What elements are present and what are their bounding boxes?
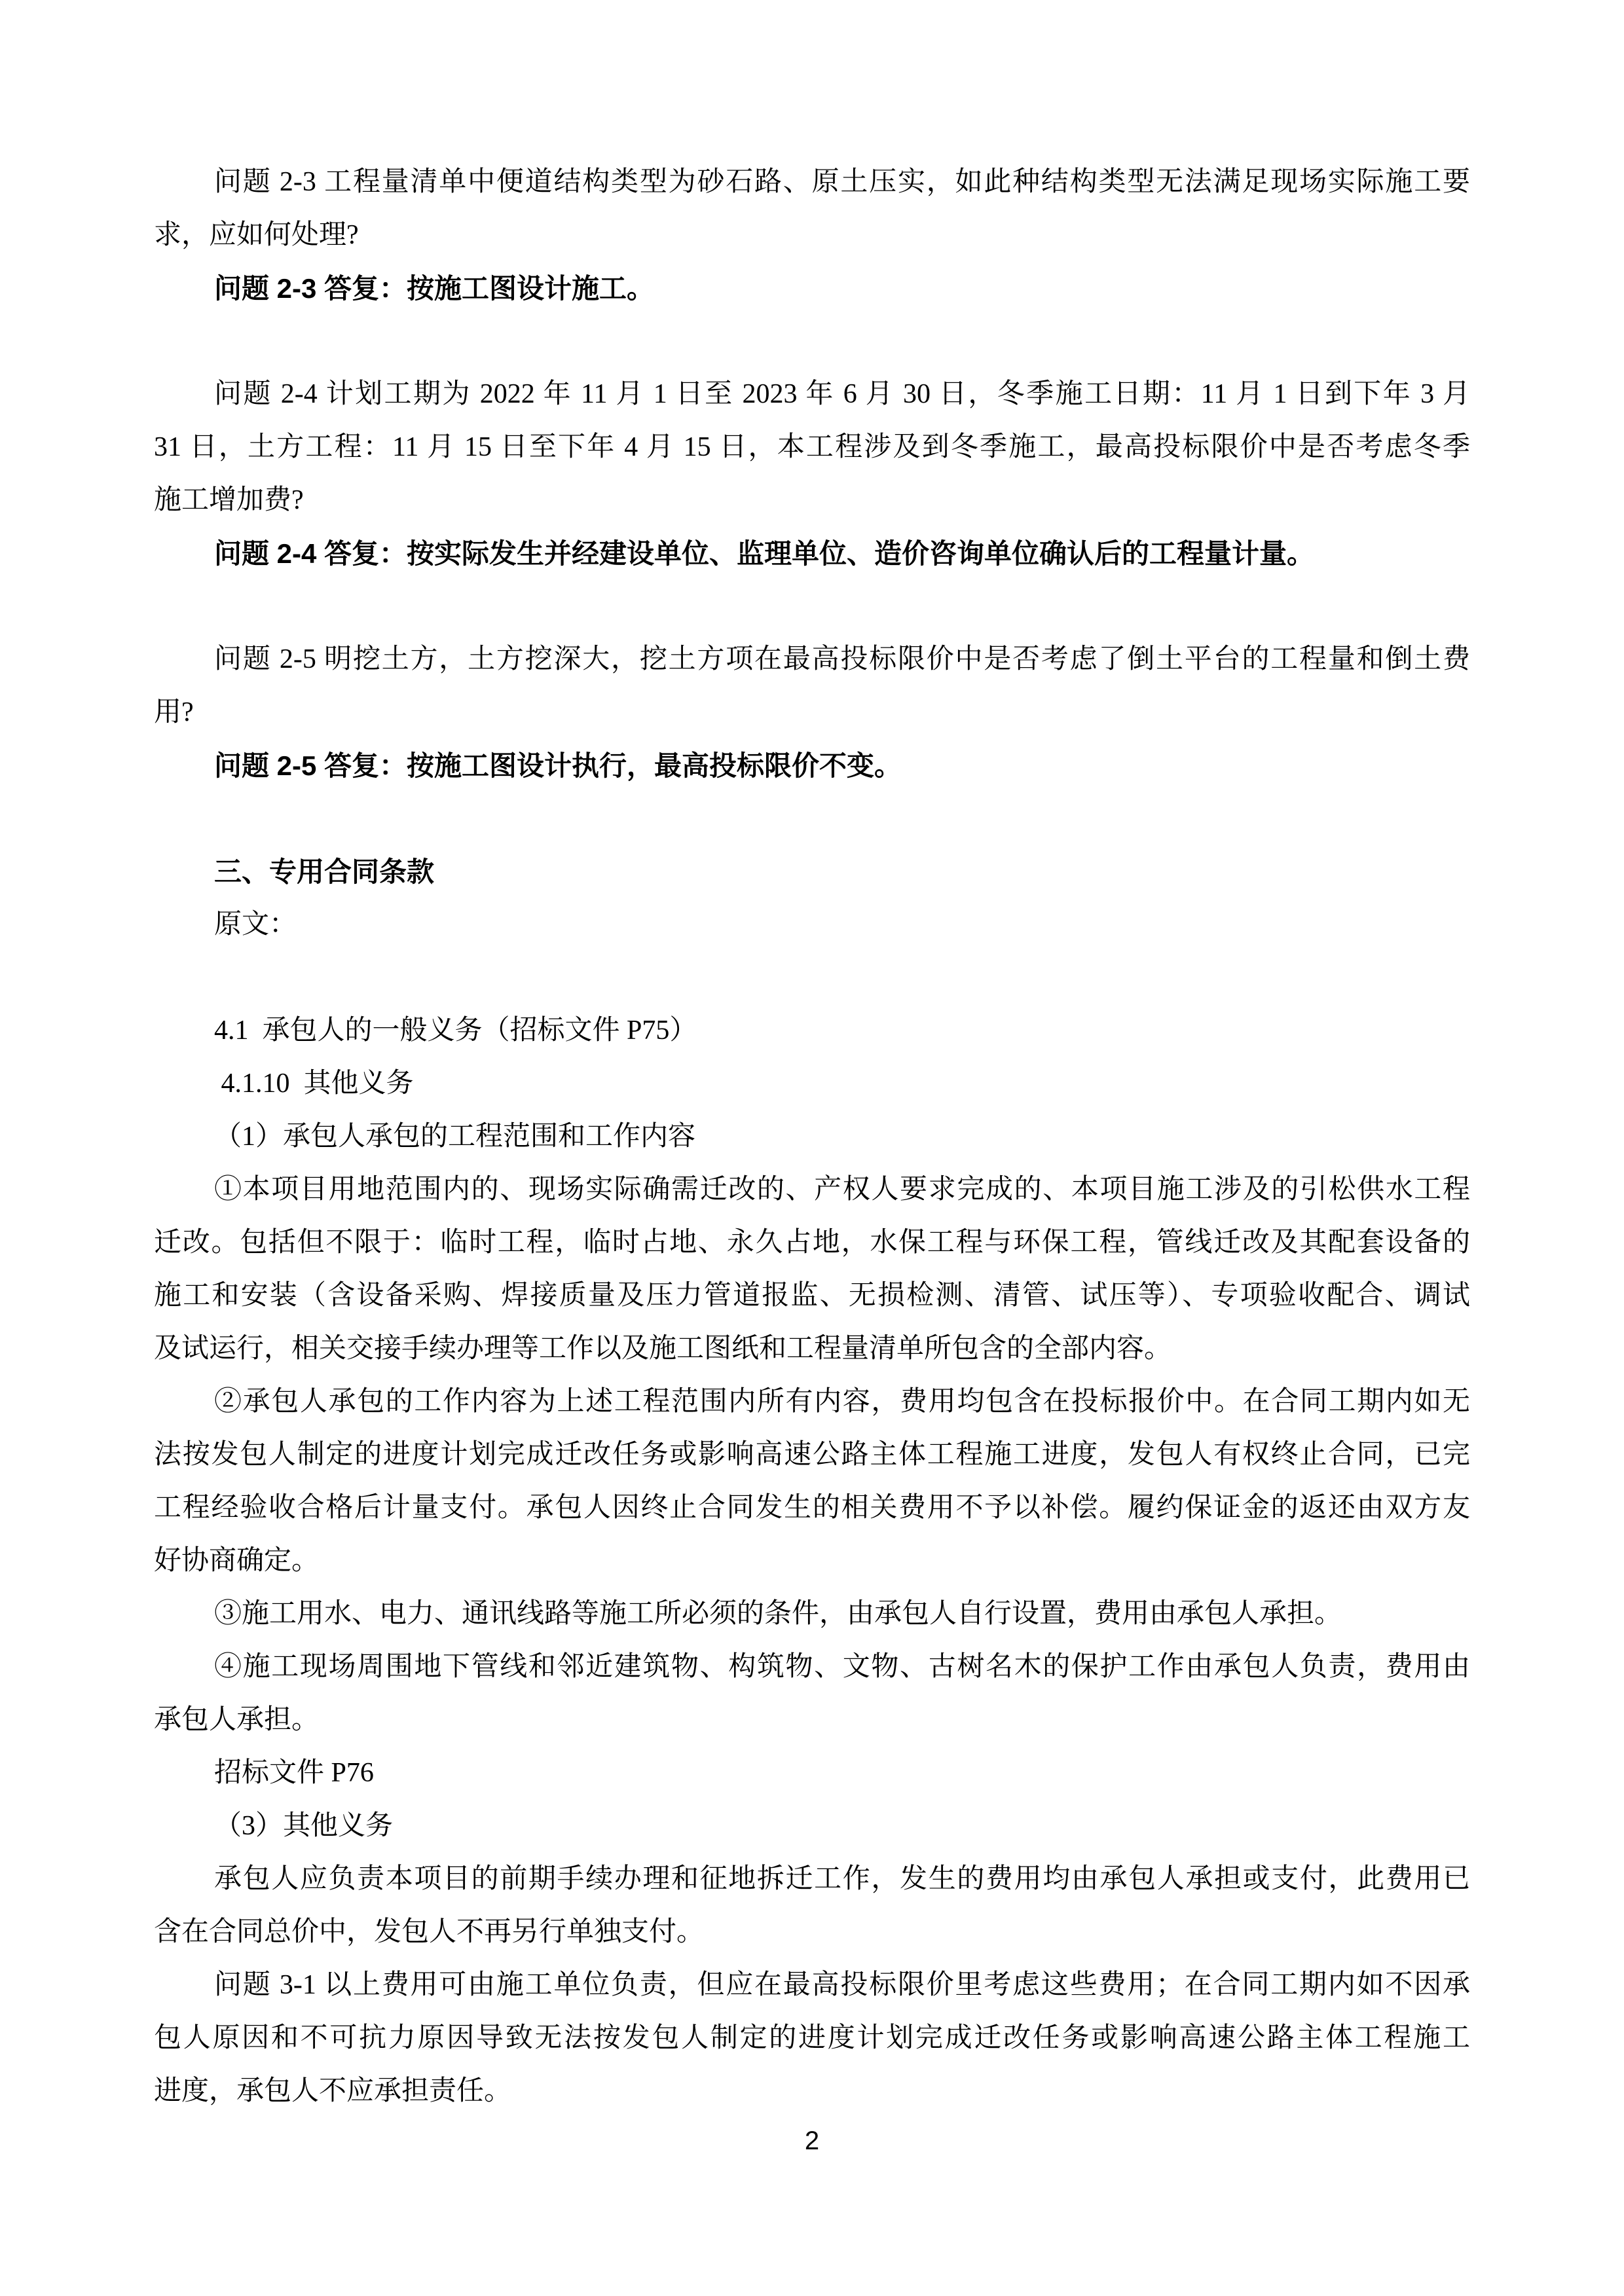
answer-2-3-line: 问题 2-3 答复：按施工图设计施工。: [154, 262, 1470, 315]
para-circle-1-line-3: 施工和安装（含设备采购、焊接质量及压力管道报监、无损检测、清管、试压等）、专项验…: [154, 1269, 1470, 1322]
para-circle-3-line-1: ③施工用水、电力、通讯线路等施工所必须的条件，由承包人自行设置，费用由承包人承担…: [154, 1588, 1470, 1641]
document-page: 问题 2-3 工程量清单中便道结构类型为砂石路、原土压实，如此种结构类型无法满足…: [0, 0, 1624, 2296]
page-number: 2: [0, 2126, 1624, 2155]
question-3-1-line-3: 进度，承包人不应承担责任。: [154, 2065, 1470, 2118]
question-2-3-line-2: 求，应如何处理?: [154, 209, 1470, 262]
answer-2-5-line: 问题 2-5 答复：按施工图设计执行，最高投标限价不变。: [154, 739, 1470, 792]
para-circle-1-line-1: ①本项目用地范围内的、现场实际确需迁改的、产权人要求完成的、本项目施工涉及的引松…: [154, 1163, 1470, 1216]
question-2-4-line-1: 问题 2-4 计划工期为 2022 年 11 月 1 日至 2023 年 6 月…: [154, 368, 1470, 421]
para-contractor-resp-line-1: 承包人应负责本项目的前期手续办理和征地拆迁工作，发生的费用均由承包人承担或支付，…: [154, 1853, 1470, 1906]
para-circle-4-line-1: ④施工现场周围地下管线和邻近建筑物、构筑物、文物、古树名木的保护工作由承包人负责…: [154, 1641, 1470, 1694]
para-contractor-resp-line-2: 含在合同总价中，发包人不再另行单独支付。: [154, 1906, 1470, 1959]
question-3-1-line-2: 包人原因和不可抗力原因导致无法按发包人制定的进度计划完成迁改任务或影响高速公路主…: [154, 2012, 1470, 2065]
item-3-heading: （3）其他义务: [154, 1800, 1470, 1853]
original-text-label: 原文：: [154, 898, 1470, 951]
question-3-1-line-1: 问题 3-1 以上费用可由施工单位负责，但应在最高投标限价里考虑这些费用；在合同…: [154, 1959, 1470, 2012]
para-circle-2-line-1: ②承包人承包的工作内容为上述工程范围内所有内容，费用均包含在投标报价中。在合同工…: [154, 1376, 1470, 1429]
question-2-5-line-2: 用?: [154, 686, 1470, 739]
question-2-5-line-1: 问题 2-5 明挖土方，土方挖深大，挖土方项在最高投标限价中是否考虑了倒土平台的…: [154, 633, 1470, 686]
para-circle-2-line-3: 工程经验收合格后计量支付。承包人因终止合同发生的相关费用不予以补偿。履约保证金的…: [154, 1482, 1470, 1535]
question-2-4-line-3: 施工增加费?: [154, 474, 1470, 527]
blank-line: [154, 315, 1470, 368]
blank-line: [154, 580, 1470, 633]
question-2-4-line-2: 31 日，土方工程：11 月 15 日至下年 4 月 15 日，本工程涉及到冬季…: [154, 421, 1470, 474]
answer-2-4-line: 问题 2-4 答复：按实际发生并经建设单位、监理单位、造价咨询单位确认后的工程量…: [154, 527, 1470, 580]
clause-4-1: 4.1 承包人的一般义务（招标文件 P75）: [154, 1004, 1470, 1057]
para-circle-1-line-4: 及试运行，相关交接手续办理等工作以及施工图纸和工程量清单所包含的全部内容。: [154, 1322, 1470, 1376]
blank-line: [154, 792, 1470, 845]
item-1-heading: （1）承包人承包的工程范围和工作内容: [154, 1110, 1470, 1163]
para-circle-2-line-4: 好协商确定。: [154, 1535, 1470, 1588]
section-heading: 三、专用合同条款: [154, 845, 1470, 898]
document-body: 问题 2-3 工程量清单中便道结构类型为砂石路、原土压实，如此种结构类型无法满足…: [154, 156, 1470, 2118]
clause-4-1-10: 4.1.10 其他义务: [154, 1057, 1470, 1110]
bid-doc-p76: 招标文件 P76: [154, 1747, 1470, 1800]
para-circle-1-line-2: 迁改。包括但不限于：临时工程，临时占地、永久占地，水保工程与环保工程，管线迁改及…: [154, 1216, 1470, 1269]
question-2-3-line-1: 问题 2-3 工程量清单中便道结构类型为砂石路、原土压实，如此种结构类型无法满足…: [154, 156, 1470, 209]
blank-line: [154, 951, 1470, 1004]
para-circle-2-line-2: 法按发包人制定的进度计划完成迁改任务或影响高速公路主体工程施工进度，发包人有权终…: [154, 1429, 1470, 1482]
para-circle-4-line-2: 承包人承担。: [154, 1694, 1470, 1747]
